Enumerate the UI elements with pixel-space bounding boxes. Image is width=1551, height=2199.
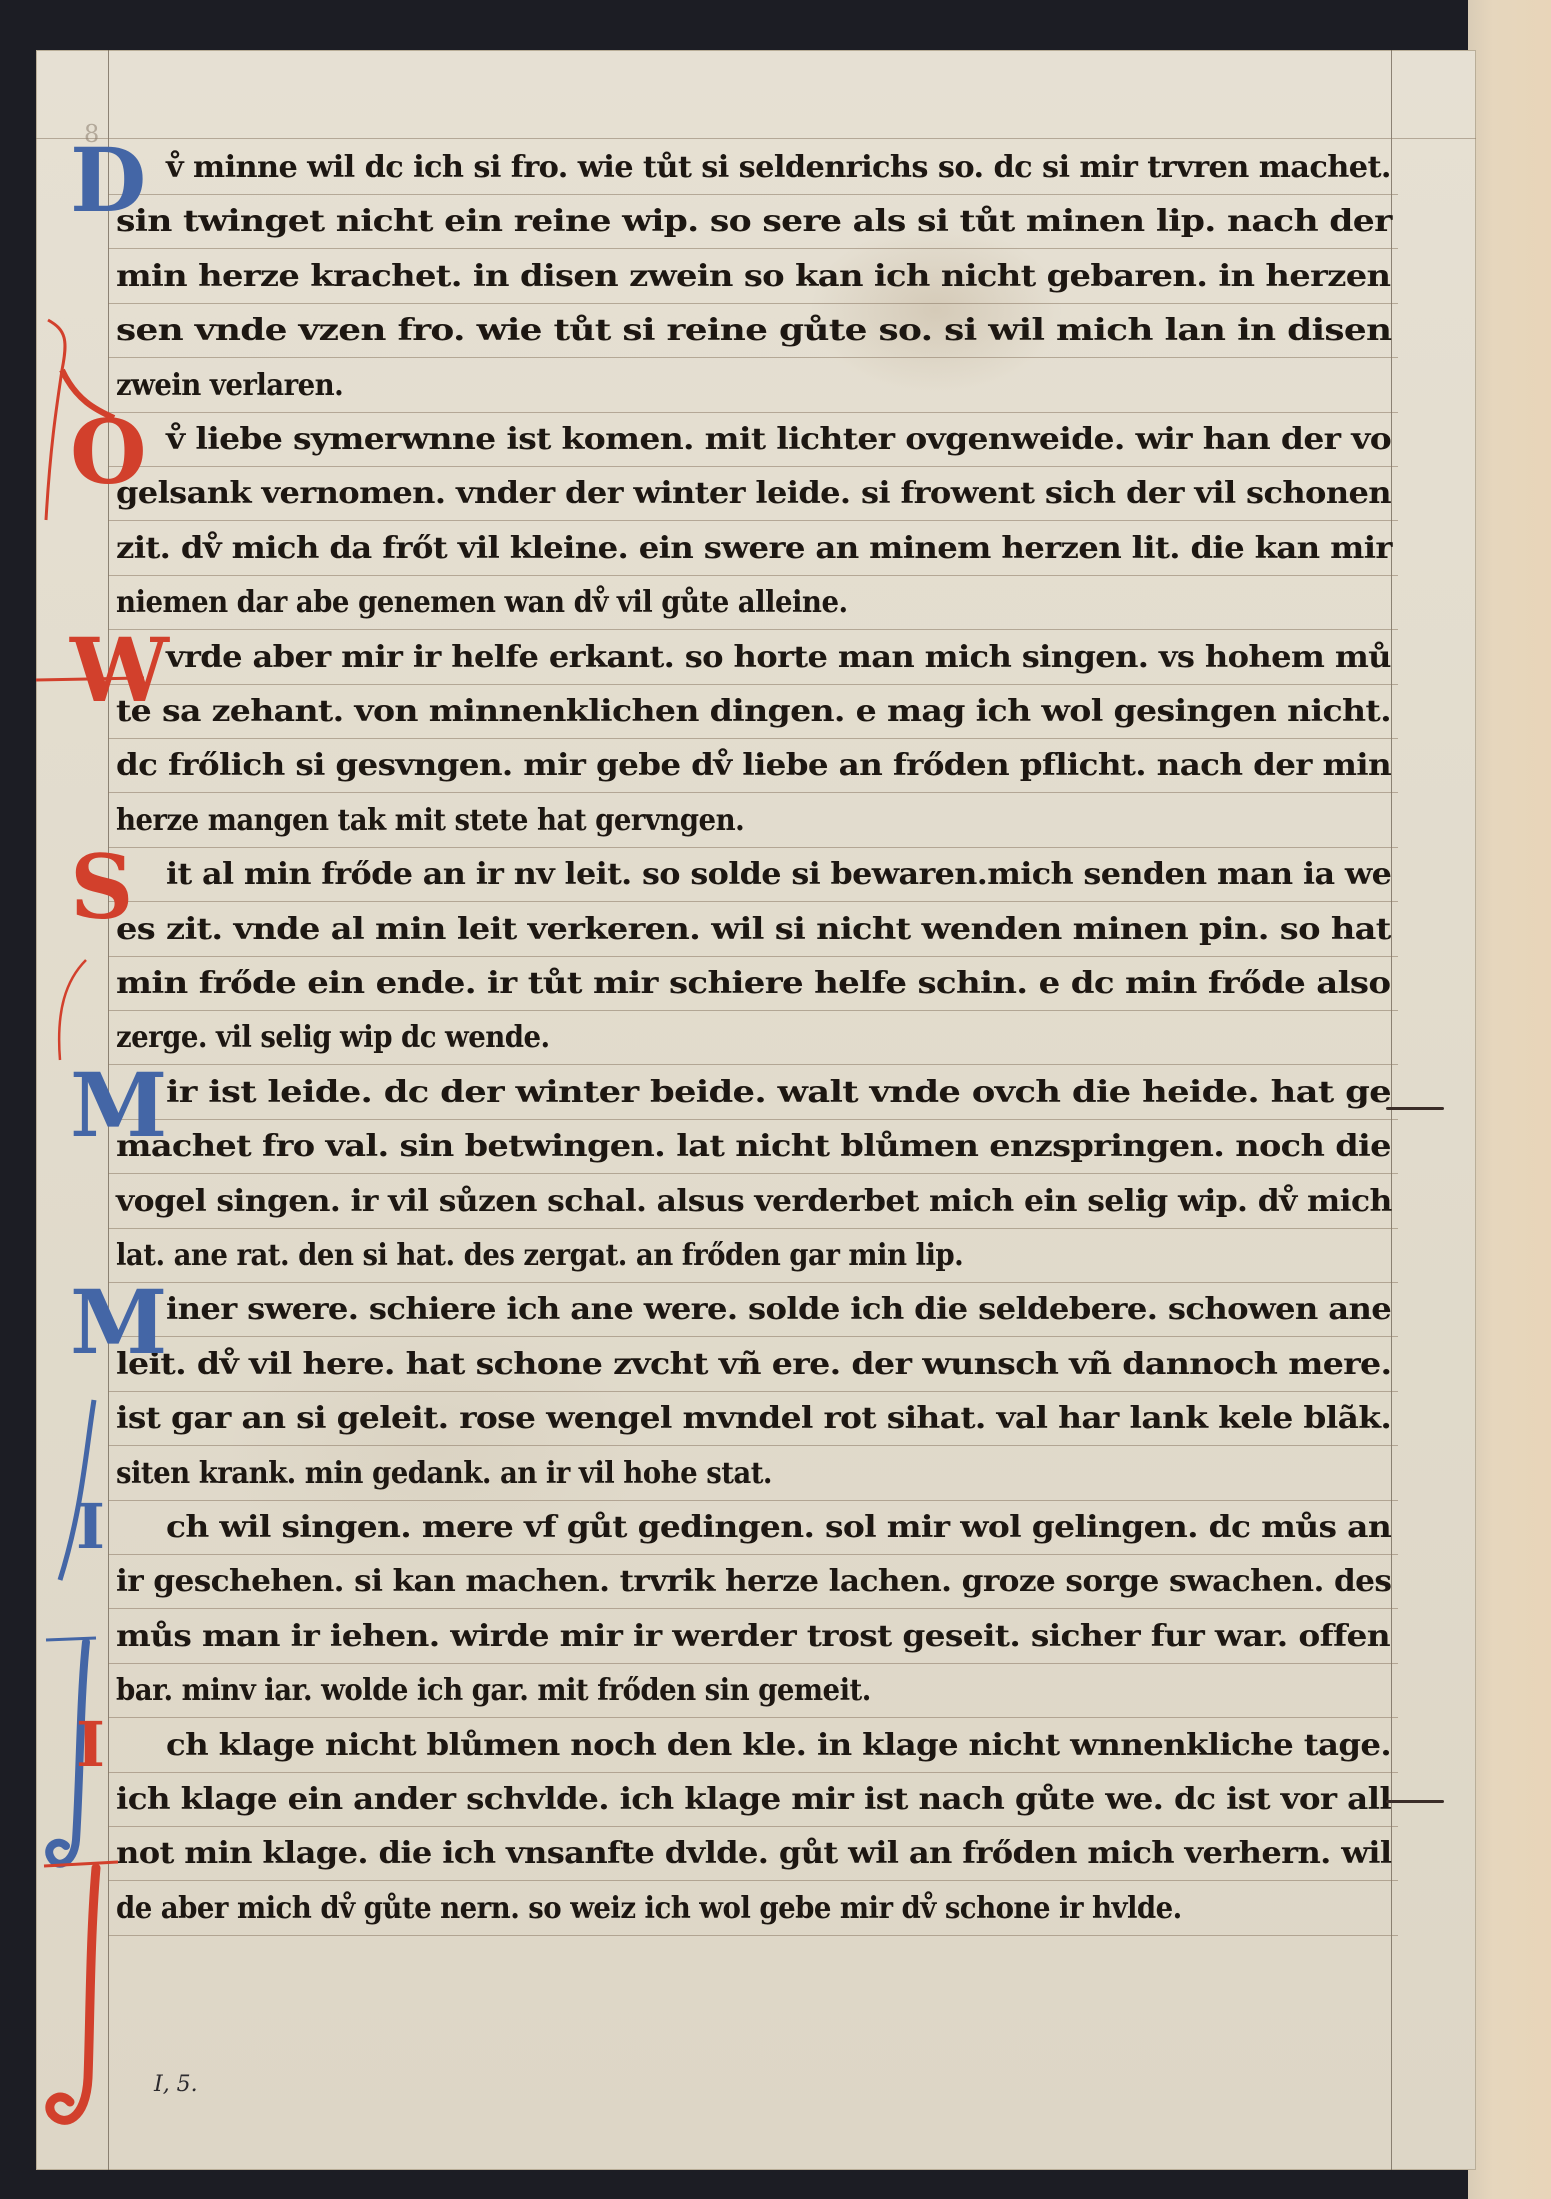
ruling-line [108,684,1398,685]
manuscript-line: leit. dv̊ vil here. hat schone zvcht vñ … [116,1347,1391,1382]
manuscript-line: herze mangen tak mit stete hat gervngen. [116,803,744,838]
manuscript-line: te sa zehant. von minnenklichen dingen. … [116,694,1391,729]
manuscript-line: ich klage ein ander schvlde. ich klage m… [116,1782,1391,1817]
ruling-line [108,792,1398,793]
manuscript-line: v̊ liebe symerwnne ist komen. mit lichte… [166,422,1391,457]
manuscript-line: zerge. vil selig wip dc wende. [116,1020,550,1055]
ruling-line [108,357,1398,358]
ruling-line [108,194,1398,195]
ruling-line [108,1500,1398,1501]
manuscript-line: gelsank vernomen. vnder der winter leide… [116,476,1391,511]
ruling-line [108,520,1398,521]
folio-number: I, 5. [154,2072,198,2097]
manuscript-line: můs man ir iehen. wirde mir ir werder tr… [116,1619,1390,1654]
margin-dash [1386,1107,1444,1110]
manuscript-line: es zit. vnde al min leit verkeren. wil s… [116,912,1391,947]
manuscript-line: ch klage nicht blůmen noch den kle. in k… [166,1728,1391,1763]
ruling-line [108,1663,1398,1664]
ruling-line [36,138,1476,139]
ruling-line [108,1445,1398,1446]
manuscript-line: niemen dar abe genemen wan dv̊ vil gůte … [116,585,848,620]
ruling-line [108,1119,1398,1120]
ruling-line [108,575,1398,576]
decorated-initial: D [70,136,146,224]
ruling-line [108,1717,1398,1718]
manuscript-line: sin twinget nicht ein reine wip. so sere… [116,204,1392,239]
manuscript-line: min frőde ein ende. ir tůt mir schiere h… [116,966,1390,1001]
red-pen-flourish [36,1858,126,2148]
manuscript-line: ist gar an si geleit. rose wengel mvndel… [116,1401,1391,1436]
manuscript-line: v̊ minne wil dc ich si fro. wie tůt si s… [166,150,1391,185]
ruling-line [108,1826,1398,1827]
ruling-line [108,1935,1398,1936]
decorated-initial: I [76,1714,105,1776]
decorated-initial: O [70,408,147,496]
manuscript-line: ir geschehen. si kan machen. trvrik herz… [116,1564,1391,1599]
decorated-initial: I [76,1496,105,1558]
ruling-line [108,1336,1398,1337]
manuscript-line: not min klage. die ich vnsanfte dvlde. g… [116,1836,1391,1871]
ruling-line [108,1010,1398,1011]
manuscript-line: lat. ane rat. den si hat. des zergat. an… [116,1238,963,1273]
manuscript-line: vrde aber mir ir helfe erkant. so horte … [166,640,1391,675]
ruling-line [108,847,1398,848]
manuscript-line: zit. dv̊ mich da frőt vil kleine. ein sw… [116,531,1392,566]
manuscript-line: min herze krachet. in disen zwein so kan… [116,259,1390,294]
decorated-initial: W [70,626,169,714]
ruling-line [108,1282,1398,1283]
ruling-line [108,1173,1398,1174]
decorated-initial: M [70,1278,167,1366]
ruling-line [108,1391,1398,1392]
ruling-line [108,412,1398,413]
manuscript-line: dc frőlich si gesvngen. mir gebe dv̊ lie… [116,748,1391,783]
ruling-line [108,1228,1398,1229]
decorated-initial: S [70,843,134,931]
decorated-initial: M [70,1061,167,1149]
adjacent-leaf-edge [1468,0,1551,2199]
ruling-line [108,248,1398,249]
ruling-line [108,629,1398,630]
red-pen-flourish [36,950,96,1070]
manuscript-line: sen vnde vzen fro. wie tůt si reine gůte… [116,313,1391,348]
ruling-line [108,303,1398,304]
ruling-line [108,901,1398,902]
ruling-line [108,738,1398,739]
manuscript-line: de aber mich dv̊ gůte nern. so weiz ich … [116,1891,1182,1926]
ruling-line [108,1772,1398,1773]
ruling-line [108,1608,1398,1609]
manuscript-line: vogel singen. ir vil sůzen schal. alsus … [116,1184,1392,1219]
ruling-line [108,1064,1398,1065]
manuscript-line: iner swere. schiere ich ane were. solde … [166,1292,1391,1327]
manuscript-line: machet fro val. sin betwingen. lat nicht… [116,1129,1391,1164]
manuscript-line: siten krank. min gedank. an ir vil hohe … [116,1456,772,1491]
ruling-line [108,1554,1398,1555]
manuscript-line: it al min frőde an ir nv leit. so solde … [166,857,1391,892]
ruling-line [108,1880,1398,1881]
ruling-line [108,466,1398,467]
manuscript-page: 8 v̊ minne wil dc ich si fro. wie tůt si… [36,50,1476,2170]
ruling-line [108,956,1398,957]
margin-dash [1386,1800,1444,1803]
manuscript-line: ch wil singen. mere vf gůt gedingen. sol… [166,1510,1391,1545]
manuscript-line: ir ist leide. dc der winter beide. walt … [166,1075,1391,1110]
manuscript-line: zwein verlaren. [116,368,343,403]
manuscript-line: bar. minv iar. wolde ich gar. mit frőden… [116,1673,871,1708]
